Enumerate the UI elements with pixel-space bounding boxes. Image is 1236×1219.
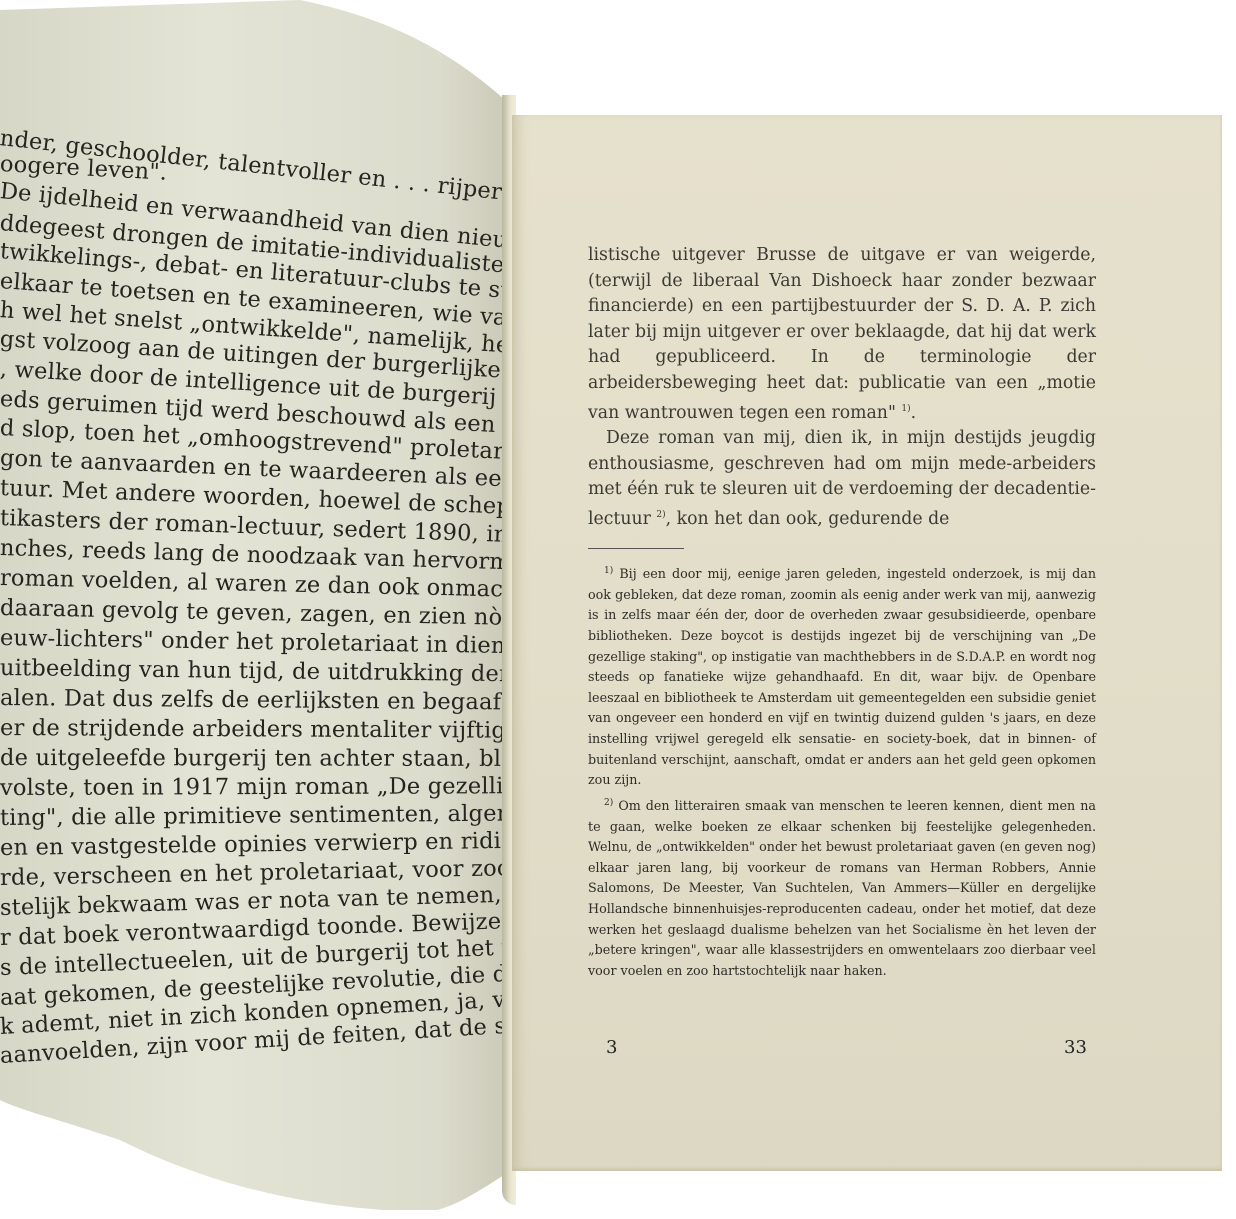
left-page: nder, geschoolder, talentvoller en . . .… bbox=[0, 0, 515, 1210]
footnote-marker: 1) bbox=[604, 566, 613, 576]
page-number: 33 bbox=[1064, 1037, 1087, 1058]
text-line: alen. Dat dus zelfs de eerlijksten en be… bbox=[0, 685, 565, 716]
footnote-divider bbox=[588, 548, 684, 549]
footnote-text: Bij een door mij, eenige jaren geleden, … bbox=[588, 566, 1096, 787]
right-page-body: listische uitgever Brusse de uitgave er … bbox=[588, 243, 1096, 981]
text-line: er de strijdende arbeiders mentaliter vi… bbox=[0, 715, 559, 744]
paragraph: Deze roman van mij, dien ik, in mijn des… bbox=[588, 426, 1096, 532]
footnote-ref-2[interactable]: 2) bbox=[656, 510, 665, 520]
paragraph-end: . bbox=[911, 402, 917, 422]
footnote-text: Om den litterairen smaak van menschen te… bbox=[588, 798, 1096, 978]
paragraph-text: listische uitgever Brusse de uitgave er … bbox=[588, 245, 1096, 422]
text-line: ting", die alle primitieve sentimenten, … bbox=[0, 800, 568, 831]
footnote-2: 2) Om den litterairen smaak van menschen… bbox=[588, 793, 1096, 982]
paragraph-text: , kon het dan ook, gedurende de bbox=[666, 508, 950, 528]
footnote-ref-1[interactable]: 1) bbox=[901, 404, 910, 414]
right-page: listische uitgever Brusse de uitgave er … bbox=[512, 115, 1222, 1171]
text-line: volste, toen in 1917 mijn roman „De geze… bbox=[0, 773, 532, 801]
paragraph-continuation: listische uitgever Brusse de uitgave er … bbox=[588, 243, 1096, 426]
footnote-1: 1) Bij een door mij, eenige jaren gelede… bbox=[588, 561, 1096, 791]
footnote-marker: 2) bbox=[604, 798, 613, 808]
text-line: de uitgeleefde burgerij ten achter staan… bbox=[0, 745, 586, 772]
signature-mark: 3 bbox=[606, 1037, 617, 1058]
